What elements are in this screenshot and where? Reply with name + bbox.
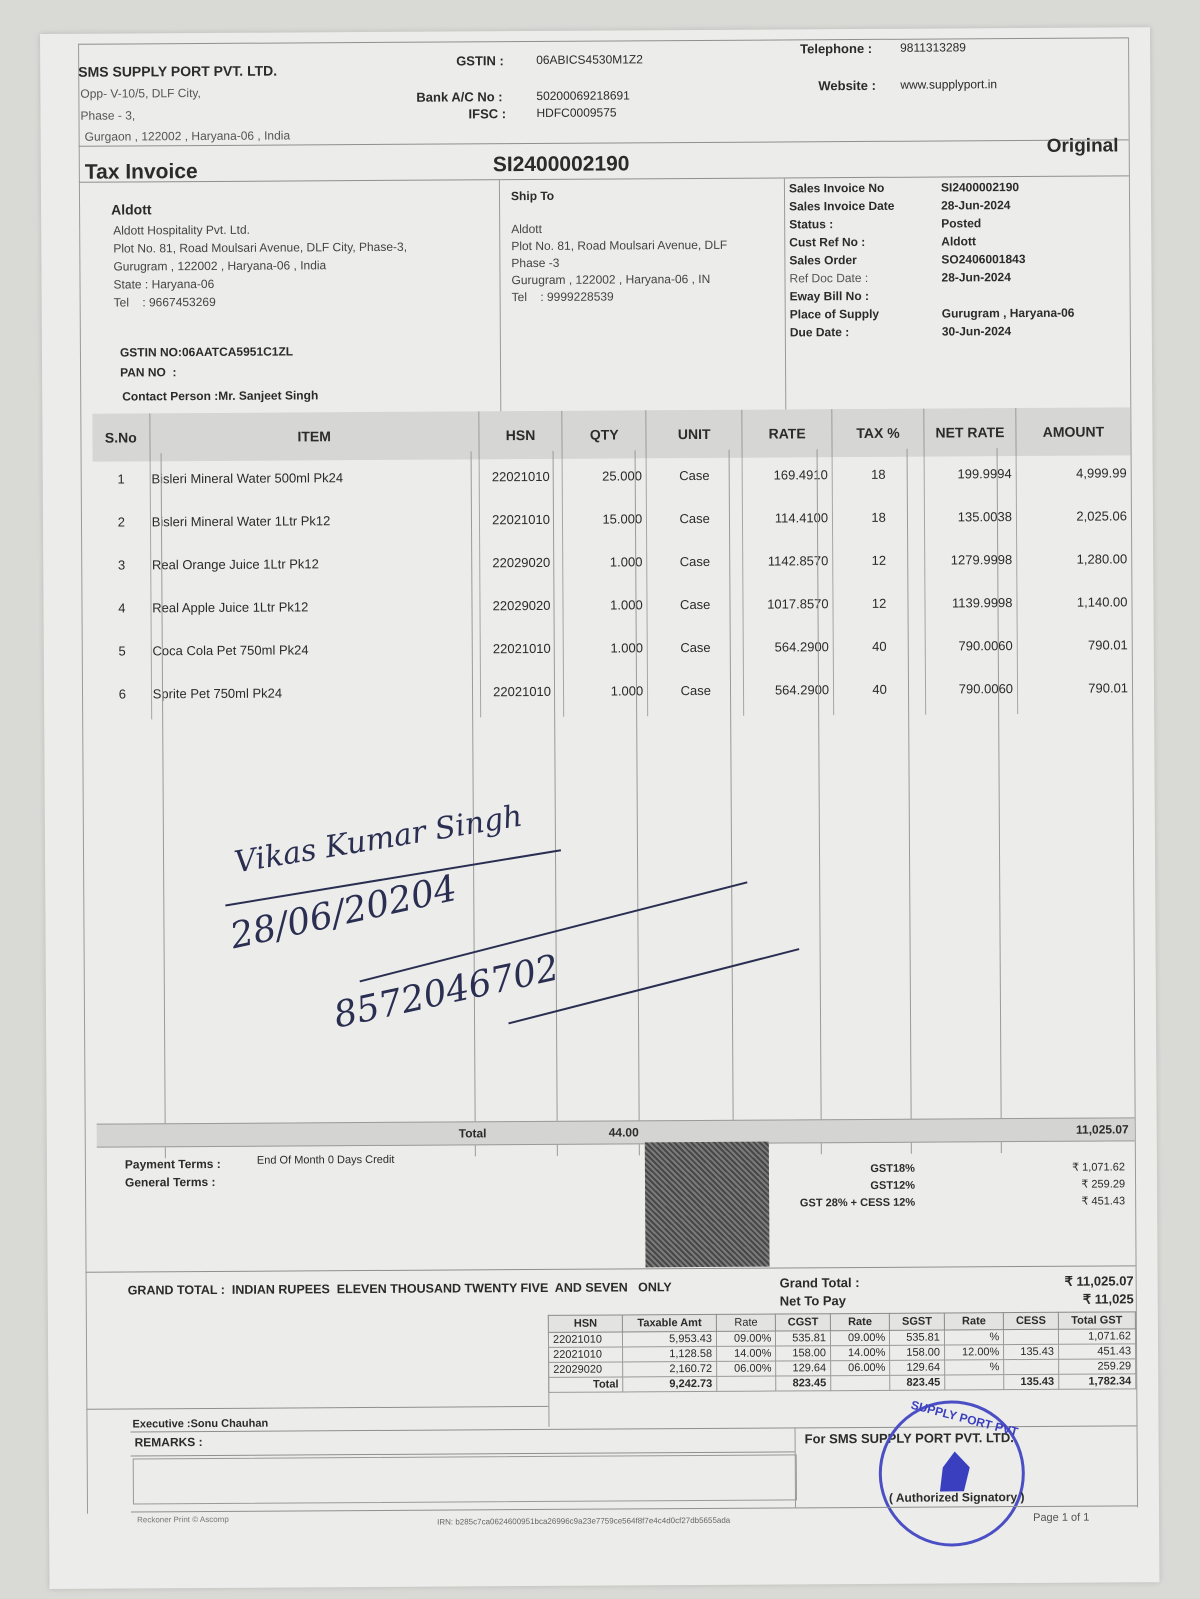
divider	[784, 177, 787, 439]
gst-cell: 22029020	[549, 1362, 623, 1377]
gst-col-rate: Rate	[830, 1313, 889, 1330]
table-cell: 1017.8570	[743, 586, 833, 630]
table-row: 2Bisleri Mineral Water 1Ltr Pk1222021010…	[93, 498, 1131, 547]
gst-cell: 259.29	[1059, 1359, 1136, 1374]
gst-total-row: Total9,242.73823.45823.45135.431,782.34	[549, 1374, 1136, 1393]
payment-terms-value: End Of Month 0 Days Credit	[257, 1154, 395, 1167]
table-cell: 169.4910	[742, 457, 832, 501]
table-cell: 1,140.00	[1017, 584, 1132, 628]
table-cell: Real Orange Juice 1Ltr Pk12	[150, 545, 479, 590]
table-row: 6Sprite Pet 750ml Pk24220210101.000Case5…	[94, 670, 1132, 719]
table-cell: Bisleri Mineral Water 500ml Pk24	[150, 459, 479, 504]
seller-name: SMS SUPPLY PORT PVT. LTD.	[78, 63, 277, 80]
gst-cell: 09.00%	[716, 1331, 775, 1346]
gst-cell: 14.00%	[717, 1346, 776, 1361]
authorized-signatory: ( Authorized Signatory )	[889, 1490, 1025, 1505]
meta-label: Sales Invoice Date	[789, 196, 941, 215]
tax-summary-value: ₹ 1,071.62	[1072, 1159, 1125, 1176]
bill-to-pan: PAN NO :	[120, 365, 177, 379]
company-stamp: SUPPLY PORT PVT	[878, 1400, 1025, 1547]
table-cell: 40	[834, 672, 926, 716]
meta-value: 30-Jun-2024	[942, 322, 1011, 340]
meta-label: Status :	[789, 214, 941, 233]
table-cell: 564.2900	[743, 629, 833, 673]
net-to-pay-value: ₹ 11,025	[1083, 1291, 1134, 1307]
qr-code	[645, 1142, 770, 1268]
gst-cell	[1004, 1329, 1059, 1344]
handwritten-date: 28/06/20204	[227, 868, 461, 957]
seller-gstin: 06ABICS4530M1Z2	[536, 52, 643, 67]
gst-total-cell: 823.45	[776, 1376, 831, 1391]
table-cell: 3	[93, 547, 150, 590]
col-hsn: HSN	[478, 411, 562, 460]
meta-value: 28-Jun-2024	[941, 196, 1010, 214]
net-to-pay-label: Net To Pay	[780, 1293, 846, 1308]
tax-summary-label: GST12%	[775, 1178, 915, 1196]
bill-to-line: Gurugram , 122002 , Haryana-06 , India	[113, 256, 407, 276]
total-label: Total	[459, 1126, 487, 1140]
seller-address-3: Gurgaon , 122002 , Haryana-06 , India	[85, 128, 291, 143]
gst-cell: 06.00%	[717, 1361, 776, 1376]
gst-total-cell: Total	[549, 1377, 623, 1392]
invoice-number: SI2400002190	[493, 152, 630, 177]
gst-total-cell: 9,242.73	[623, 1376, 717, 1392]
payment-terms-label: Payment Terms :	[125, 1157, 221, 1172]
gst-cell	[1004, 1359, 1059, 1374]
meta-row: Cust Ref No :Aldott	[789, 232, 1074, 252]
gst-breakup-table: HSN Taxable Amt Rate CGST Rate SGST Rate…	[548, 1311, 1136, 1393]
invoice-frame: SMS SUPPLY PORT PVT. LTD. Opp- V-10/5, D…	[78, 27, 1147, 1533]
col-tax: TAX %	[832, 409, 924, 458]
table-cell: 22021010	[479, 502, 563, 546]
table-cell: 790.0060	[925, 671, 1017, 715]
handwritten-name: Vikas Kumar Singh	[232, 799, 525, 881]
gst-total-cell: 823.45	[890, 1375, 945, 1390]
invoice-paper: SMS SUPPLY PORT PVT. LTD. Opp- V-10/5, D…	[40, 27, 1159, 1589]
col-rate: RATE	[742, 409, 832, 458]
telephone-label: Telephone :	[800, 41, 872, 56]
gst-cell: 129.64	[890, 1360, 945, 1375]
gst-total-cell	[717, 1376, 776, 1391]
table-cell: 135.0038	[924, 499, 1016, 543]
gst-col-taxable: Taxable Amt	[623, 1314, 717, 1332]
tax-summary-label: GST18%	[775, 1161, 915, 1179]
executive-name: Executive :Sonu Chauhan	[132, 1418, 268, 1431]
ship-to-line: Plot No. 81, Road Moulsari Avenue, DLF	[511, 237, 727, 255]
bill-to-line: State : Haryana-06	[113, 274, 407, 294]
table-cell: 1142.8570	[743, 543, 833, 587]
gst-cell: 06.00%	[831, 1360, 890, 1375]
ifsc-label: IFSC :	[468, 106, 506, 121]
gst-col-cgst: CGST	[776, 1314, 831, 1331]
tax-summary-row: GST 28% + CESS 12%₹ 451.43	[775, 1193, 1125, 1212]
meta-label: Ref Doc Date :	[789, 268, 941, 287]
divider	[499, 179, 502, 441]
table-cell: 22021010	[480, 674, 564, 718]
meta-row: Sales Invoice NoSI2400002190	[789, 178, 1074, 198]
amount-in-words: GRAND TOTAL : INDIAN RUPEES ELEVEN THOUS…	[128, 1280, 672, 1297]
gst-cell: 09.00%	[830, 1330, 889, 1345]
gst-body: 220210105,953.4309.00%535.8109.00%535.81…	[548, 1329, 1135, 1393]
table-cell: 4	[93, 590, 150, 633]
meta-label: Sales Order	[789, 250, 941, 269]
print-credit: Reckoner Print © Ascomp	[137, 1515, 229, 1525]
table-cell: 790.01	[1017, 627, 1132, 671]
handwritten-phone: 8572046702	[330, 948, 563, 1037]
website-label: Website :	[818, 78, 876, 93]
table-cell: 22021010	[479, 459, 563, 503]
bill-to-gstin: GSTIN NO:06AATCA5951C1ZL	[120, 344, 293, 359]
table-row: 3Real Orange Juice 1Ltr Pk12220290201.00…	[93, 541, 1131, 590]
gst-cell: %	[945, 1360, 1004, 1375]
col-sno: S.No	[92, 413, 149, 461]
col-amount: AMOUNT	[1016, 407, 1131, 456]
meta-value: SI2400002190	[941, 178, 1019, 196]
meta-value: Gurugram , Haryana-06	[942, 304, 1075, 323]
gst-col-rate: Rate	[716, 1314, 775, 1331]
table-cell: 564.2900	[744, 672, 834, 716]
col-item: ITEM	[150, 411, 479, 461]
table-row: 1Bisleri Mineral Water 500ml Pk242202101…	[93, 455, 1131, 504]
ship-to-line: Tel : 9999228539	[512, 288, 728, 306]
table-cell: Real Apple Juice 1Ltr Pk12	[151, 588, 480, 633]
grand-total-label: Grand Total :	[780, 1275, 860, 1290]
tax-summary: GST18%₹ 1,071.62 GST12%₹ 259.29 GST 28% …	[775, 1159, 1125, 1212]
gst-cell: 158.00	[890, 1345, 945, 1360]
table-cell: 22029020	[479, 545, 563, 589]
col-net-rate: NET RATE	[924, 408, 1016, 457]
tax-summary-row: GST18%₹ 1,071.62	[775, 1159, 1125, 1178]
divider	[86, 1406, 548, 1410]
bill-to-name: Aldott	[111, 201, 152, 217]
remarks-field[interactable]	[133, 1454, 797, 1504]
contact-person: Contact Person :Mr. Sanjeet Singh	[122, 388, 318, 403]
meta-label: Due Date :	[790, 322, 942, 341]
gst-cell: 1,128.58	[623, 1346, 717, 1362]
gst-total-cell: 1,782.34	[1059, 1374, 1136, 1389]
copy-label: Original	[1047, 135, 1119, 157]
gst-cell: 2,160.72	[623, 1361, 717, 1377]
table-cell: 1,280.00	[1017, 541, 1132, 585]
table-cell: 790.01	[1017, 670, 1132, 714]
meta-label: Eway Bill No :	[790, 286, 942, 305]
bill-to-line: Aldott Hospitality Pvt. Ltd.	[113, 220, 407, 240]
table-cell: 790.0060	[925, 628, 1017, 672]
table-cell: 2,025.06	[1016, 498, 1131, 542]
table-cell: 18	[832, 457, 924, 501]
table-cell: Coca Cola Pet 750ml Pk24	[151, 631, 480, 676]
meta-value: Aldott	[941, 232, 976, 250]
gst-cell: 1,071.62	[1058, 1329, 1135, 1344]
meta-label: Place of Supply	[790, 304, 942, 323]
gst-cell: 22021010	[549, 1347, 623, 1362]
signature-mark-icon	[940, 1451, 970, 1491]
ship-to-line: Phase -3	[511, 254, 727, 272]
seller-address-2: Phase - 3,	[80, 108, 135, 122]
meta-label: Sales Invoice No	[789, 178, 941, 197]
gstin-label: GSTIN :	[456, 53, 504, 68]
bill-to-line: Plot No. 81, Road Moulsari Avenue, DLF C…	[113, 238, 407, 258]
gst-cell: 5,953.43	[623, 1331, 717, 1347]
items-header-row: S.No ITEM HSN QTY UNIT RATE TAX % NET RA…	[92, 407, 1130, 461]
gst-col-total: Total GST	[1058, 1312, 1135, 1329]
table-cell: 1	[93, 461, 150, 504]
ship-to-line: Gurugram , 122002 , Haryana-06 , IN	[511, 271, 727, 289]
gst-cell: 535.81	[776, 1331, 831, 1346]
gst-total-cell: 135.43	[1004, 1374, 1059, 1389]
meta-row: Place of SupplyGurugram , Haryana-06	[790, 304, 1075, 324]
tax-summary-row: GST12%₹ 259.29	[775, 1176, 1125, 1195]
table-cell: 2	[93, 504, 150, 547]
table-cell: 18	[832, 500, 924, 544]
table-cell: 1279.9998	[925, 542, 1017, 586]
table-cell: 12	[833, 543, 925, 587]
bank-account: 50200069218691	[536, 88, 630, 103]
divider	[78, 37, 1128, 44]
gst-cell: 535.81	[890, 1330, 945, 1345]
meta-label: Cust Ref No :	[789, 232, 941, 251]
seller-address-1: Opp- V-10/5, DLF City,	[80, 86, 201, 101]
gst-total-cell	[945, 1375, 1004, 1390]
table-cell: 22021010	[480, 631, 564, 675]
table-cell: 6	[94, 676, 151, 719]
meta-value: SO2406001843	[941, 250, 1025, 269]
table-row: 5Coca Cola Pet 750ml Pk24220210101.000Ca…	[94, 627, 1132, 676]
gst-cell: %	[944, 1330, 1003, 1345]
meta-row: Sales Invoice Date28-Jun-2024	[789, 196, 1074, 216]
gst-cell: 22021010	[548, 1332, 622, 1347]
items-table: S.No ITEM HSN QTY UNIT RATE TAX % NET RA…	[92, 407, 1132, 719]
meta-value: 28-Jun-2024	[941, 268, 1010, 286]
gst-col-sgst: SGST	[890, 1313, 945, 1330]
table-cell: Sprite Pet 750ml Pk24	[151, 674, 480, 719]
meta-row: Eway Bill No :	[790, 286, 1075, 306]
gst-col-hsn: HSN	[548, 1315, 622, 1332]
table-cell: 4,999.99	[1016, 455, 1131, 499]
gst-col-rate: Rate	[944, 1313, 1003, 1330]
table-cell: Bisleri Mineral Water 1Ltr Pk12	[150, 502, 479, 547]
gst-cell: 451.43	[1058, 1344, 1135, 1359]
table-cell: 22029020	[480, 588, 564, 632]
bill-to-address: Aldott Hospitality Pvt. Ltd. Plot No. 81…	[113, 220, 407, 312]
stamp-text: SUPPLY PORT PVT	[909, 1398, 1019, 1439]
divider	[86, 1265, 1136, 1272]
table-row: 4Real Apple Juice 1Ltr Pk12220290201.000…	[93, 584, 1131, 633]
table-cell: 40	[833, 629, 925, 673]
general-terms-label: General Terms :	[125, 1175, 216, 1190]
ship-to-line: Aldott	[511, 220, 727, 238]
tax-summary-value: ₹ 451.43	[1081, 1193, 1125, 1210]
meta-row: Ref Doc Date :28-Jun-2024	[789, 268, 1074, 288]
total-amount: 11,025.07	[1076, 1122, 1129, 1136]
remarks-label: REMARKS :	[135, 1435, 203, 1449]
meta-row: Due Date :30-Jun-2024	[790, 322, 1075, 342]
total-qty: 44.00	[609, 1125, 639, 1139]
gst-cell: 129.64	[776, 1361, 831, 1376]
meta-value: Posted	[941, 214, 981, 232]
meta-row: Sales OrderSO2406001843	[789, 250, 1074, 270]
table-cell: 12	[833, 586, 925, 630]
gst-cell: 14.00%	[830, 1345, 889, 1360]
gst-cell: 158.00	[776, 1346, 831, 1361]
invoice-meta: Sales Invoice NoSI2400002190 Sales Invoi…	[789, 178, 1075, 342]
grand-total-value: ₹ 11,025.07	[1065, 1273, 1134, 1289]
gst-total-cell	[831, 1375, 890, 1390]
seller-telephone: 9811313289	[900, 40, 966, 54]
bill-to-line: Tel : 9667453269	[114, 292, 408, 312]
items-total-row: Total 44.00 11,025.07	[97, 1117, 1135, 1147]
tax-summary-label: GST 28% + CESS 12%	[775, 1195, 915, 1213]
seller-website[interactable]: www.supplyport.in	[900, 77, 997, 92]
tax-summary-value: ₹ 259.29	[1081, 1176, 1125, 1193]
gst-col-cess: CESS	[1004, 1312, 1059, 1329]
ship-to-heading: Ship To	[511, 189, 554, 203]
ship-to-address: Aldott Plot No. 81, Road Moulsari Avenue…	[511, 220, 727, 306]
irn-number: IRN: b285c7ca0624600951bca26996c9a23e775…	[437, 1516, 730, 1527]
items-body: 1Bisleri Mineral Water 500ml Pk242202101…	[93, 455, 1133, 719]
page-number: Page 1 of 1	[1033, 1512, 1089, 1524]
ifsc-code: HDFC0009575	[536, 105, 616, 119]
meta-row: Status :Posted	[789, 214, 1074, 234]
gst-cell: 135.43	[1004, 1344, 1059, 1359]
table-cell: 1139.9998	[925, 585, 1017, 629]
table-cell: 114.4100	[743, 500, 833, 544]
divider	[78, 44, 88, 1514]
bank-label: Bank A/C No :	[416, 89, 502, 105]
table-cell: 5	[94, 633, 151, 676]
table-cell: 199.9994	[924, 456, 1016, 500]
gst-cell: 12.00%	[944, 1345, 1003, 1360]
